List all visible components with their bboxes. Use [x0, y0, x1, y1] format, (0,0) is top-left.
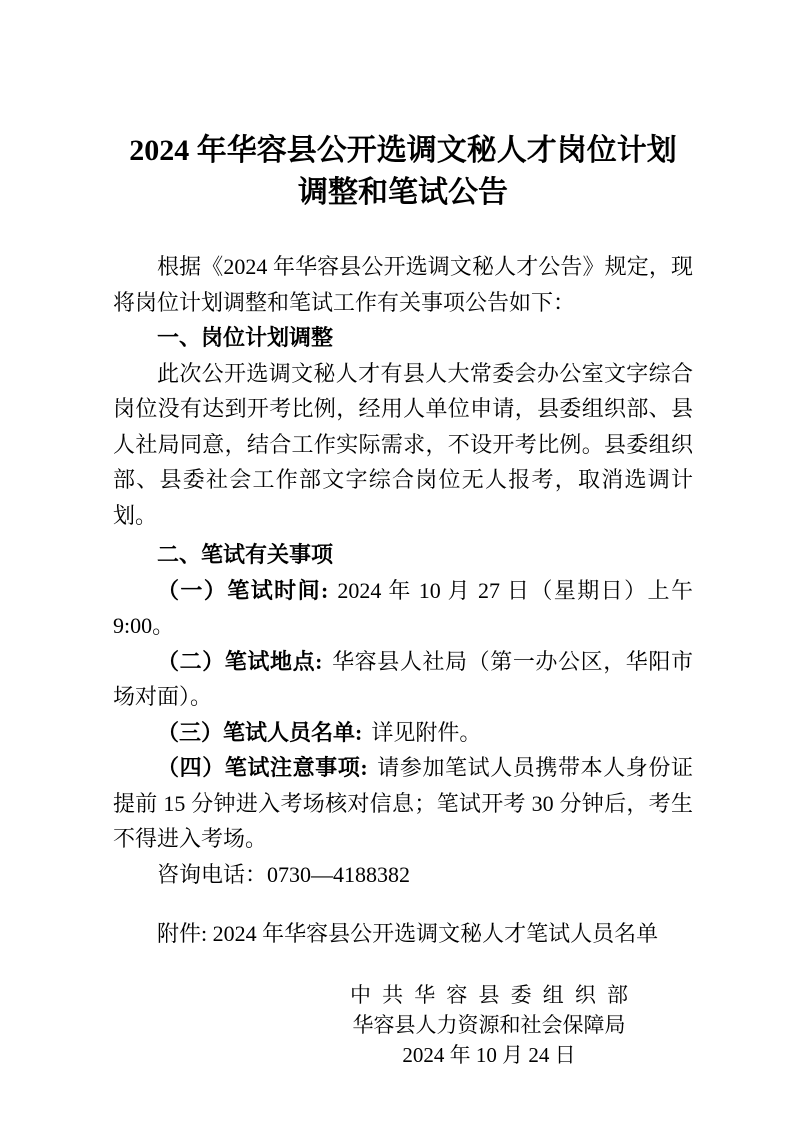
document-title: 2024 年华容县公开选调文秘人才岗位计划 调整和笔试公告: [113, 130, 693, 214]
title-line-1: 2024 年华容县公开选调文秘人才岗位计划: [113, 130, 693, 172]
section-2-heading: 二、笔试有关事项: [113, 537, 693, 573]
section-1-heading: 一、岗位计划调整: [113, 320, 693, 356]
signature-org-2: 华容县人力资源和社会保障局: [350, 1010, 628, 1040]
exam-item-location-label: （二）笔试地点:: [157, 649, 322, 674]
intro-paragraph: 根据《2024 年华容县公开选调文秘人才公告》规定，现将岗位计划调整和笔试工作有…: [113, 249, 693, 320]
exam-item-time: （一）笔试时间:2024 年 10 月 27 日（星期日）上午 9:00。: [113, 573, 693, 644]
attachment-note: 附件: 2024 年华容县公开选调文秘人才笔试人员名单: [113, 916, 693, 952]
exam-item-notes: （四）笔试注意事项:请参加笔试人员携带本人身份证提前 15 分钟进入考场核对信息…: [113, 750, 693, 857]
signature-block: 中共华容县委组织部 华容县人力资源和社会保障局 2024 年 10 月 24 日: [350, 980, 628, 1070]
exam-item-notes-label: （四）笔试注意事项:: [157, 755, 368, 780]
exam-item-location: （二）笔试地点:华容县人社局（第一办公区，华阳市场对面）。: [113, 644, 693, 715]
announcement-page: 2024 年华容县公开选调文秘人才岗位计划 调整和笔试公告 根据《2024 年华…: [0, 0, 794, 1122]
document-content: 2024 年华容县公开选调文秘人才岗位计划 调整和笔试公告 根据《2024 年华…: [113, 0, 693, 1070]
exam-item-roster-label: （三）笔试人员名单:: [157, 720, 362, 745]
exam-item-roster-text: 详见附件。: [371, 720, 481, 745]
exam-item-roster: （三）笔试人员名单:详见附件。: [113, 715, 693, 751]
contact-phone: 咨询电话：0730—4188382: [113, 857, 693, 893]
exam-item-time-label: （一）笔试时间:: [157, 578, 328, 603]
signature-org-1: 中共华容县委组织部: [350, 980, 628, 1010]
title-line-2: 调整和笔试公告: [113, 172, 693, 214]
section-1-body: 此次公开选调文秘人才有县人大常委会办公室文字综合岗位没有达到开考比例，经用人单位…: [113, 356, 693, 534]
signature-date: 2024 年 10 月 24 日: [350, 1040, 628, 1070]
